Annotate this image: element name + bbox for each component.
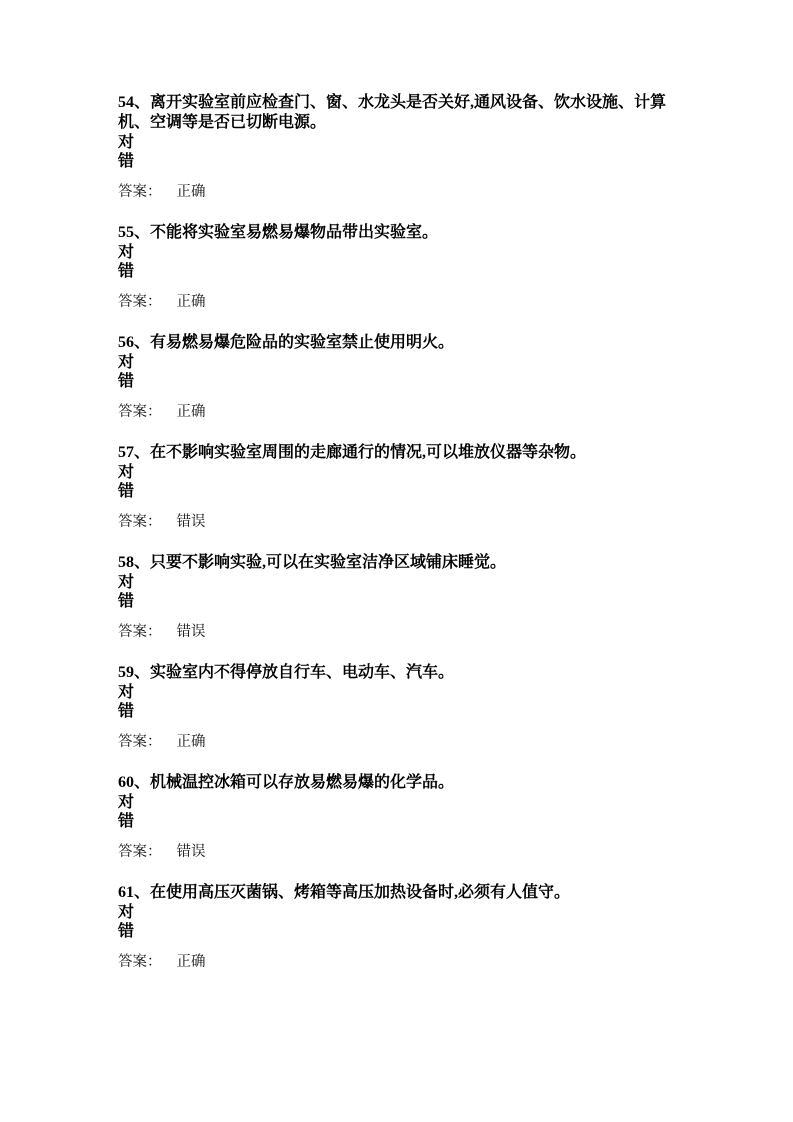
answer-value: 错误 — [177, 514, 206, 530]
option-false: 错 — [118, 592, 676, 611]
answer-value: 正确 — [177, 954, 206, 970]
question-block-59: 59、实验室内不得停放自行车、电动车、汽车。 对 错 答案：正确 — [118, 663, 676, 752]
answer-label: 答案： — [118, 844, 162, 860]
option-false: 错 — [118, 262, 676, 281]
answer-value: 错误 — [177, 624, 206, 640]
question-block-58: 58、只要不影响实验,可以在实验室洁净区域铺床睡觉。 对 错 答案：错误 — [118, 553, 676, 642]
answer-label: 答案： — [118, 954, 162, 970]
answer-value: 错误 — [177, 844, 206, 860]
option-true: 对 — [118, 463, 676, 482]
option-true: 对 — [118, 793, 676, 812]
option-false: 错 — [118, 702, 676, 721]
option-true: 对 — [118, 683, 676, 702]
question-block-55: 55、不能将实验室易燃易爆物品带出实验室。 对 错 答案：正确 — [118, 223, 676, 312]
option-false: 错 — [118, 812, 676, 831]
question-text: 54、离开实验室前应检查门、窗、水龙头是否关好,通风设备、饮水设施、计算机、空调… — [118, 93, 676, 133]
question-block-60: 60、机械温控冰箱可以存放易燃易爆的化学品。 对 错 答案：错误 — [118, 773, 676, 862]
answer-line: 答案：正确 — [118, 402, 676, 422]
answer-label: 答案： — [118, 404, 162, 420]
answer-value: 正确 — [177, 404, 206, 420]
question-block-56: 56、有易燃易爆危险品的实验室禁止使用明火。 对 错 答案：正确 — [118, 333, 676, 422]
question-text: 55、不能将实验室易燃易爆物品带出实验室。 — [118, 223, 676, 243]
option-false: 错 — [118, 372, 676, 391]
option-true: 对 — [118, 133, 676, 152]
question-text: 59、实验室内不得停放自行车、电动车、汽车。 — [118, 663, 676, 683]
question-text: 58、只要不影响实验,可以在实验室洁净区域铺床睡觉。 — [118, 553, 676, 573]
answer-value: 正确 — [177, 294, 206, 310]
answer-line: 答案：错误 — [118, 622, 676, 642]
option-false: 错 — [118, 152, 676, 171]
answer-label: 答案： — [118, 294, 162, 310]
question-text: 60、机械温控冰箱可以存放易燃易爆的化学品。 — [118, 773, 676, 793]
answer-line: 答案：错误 — [118, 512, 676, 532]
answer-label: 答案： — [118, 734, 162, 750]
answer-line: 答案：正确 — [118, 292, 676, 312]
question-list: 54、离开实验室前应检查门、窗、水龙头是否关好,通风设备、饮水设施、计算机、空调… — [118, 93, 676, 972]
question-block-61: 61、在使用高压灭菌锅、烤箱等高压加热设备时,必须有人值守。 对 错 答案：正确 — [118, 883, 676, 972]
answer-label: 答案： — [118, 624, 162, 640]
option-true: 对 — [118, 573, 676, 592]
answer-line: 答案：正确 — [118, 732, 676, 752]
question-block-54: 54、离开实验室前应检查门、窗、水龙头是否关好,通风设备、饮水设施、计算机、空调… — [118, 93, 676, 202]
document-page: 54、离开实验室前应检查门、窗、水龙头是否关好,通风设备、饮水设施、计算机、空调… — [0, 0, 793, 1122]
answer-line: 答案：正确 — [118, 182, 676, 202]
option-true: 对 — [118, 903, 676, 922]
answer-line: 答案：错误 — [118, 842, 676, 862]
option-true: 对 — [118, 353, 676, 372]
question-text: 56、有易燃易爆危险品的实验室禁止使用明火。 — [118, 333, 676, 353]
answer-value: 正确 — [177, 734, 206, 750]
option-false: 错 — [118, 922, 676, 941]
answer-line: 答案：正确 — [118, 952, 676, 972]
question-text: 61、在使用高压灭菌锅、烤箱等高压加热设备时,必须有人值守。 — [118, 883, 676, 903]
answer-value: 正确 — [177, 184, 206, 200]
answer-label: 答案： — [118, 184, 162, 200]
answer-label: 答案： — [118, 514, 162, 530]
option-true: 对 — [118, 243, 676, 262]
option-false: 错 — [118, 482, 676, 501]
question-text: 57、在不影响实验室周围的走廊通行的情况,可以堆放仪器等杂物。 — [118, 443, 676, 463]
question-block-57: 57、在不影响实验室周围的走廊通行的情况,可以堆放仪器等杂物。 对 错 答案：错… — [118, 443, 676, 532]
